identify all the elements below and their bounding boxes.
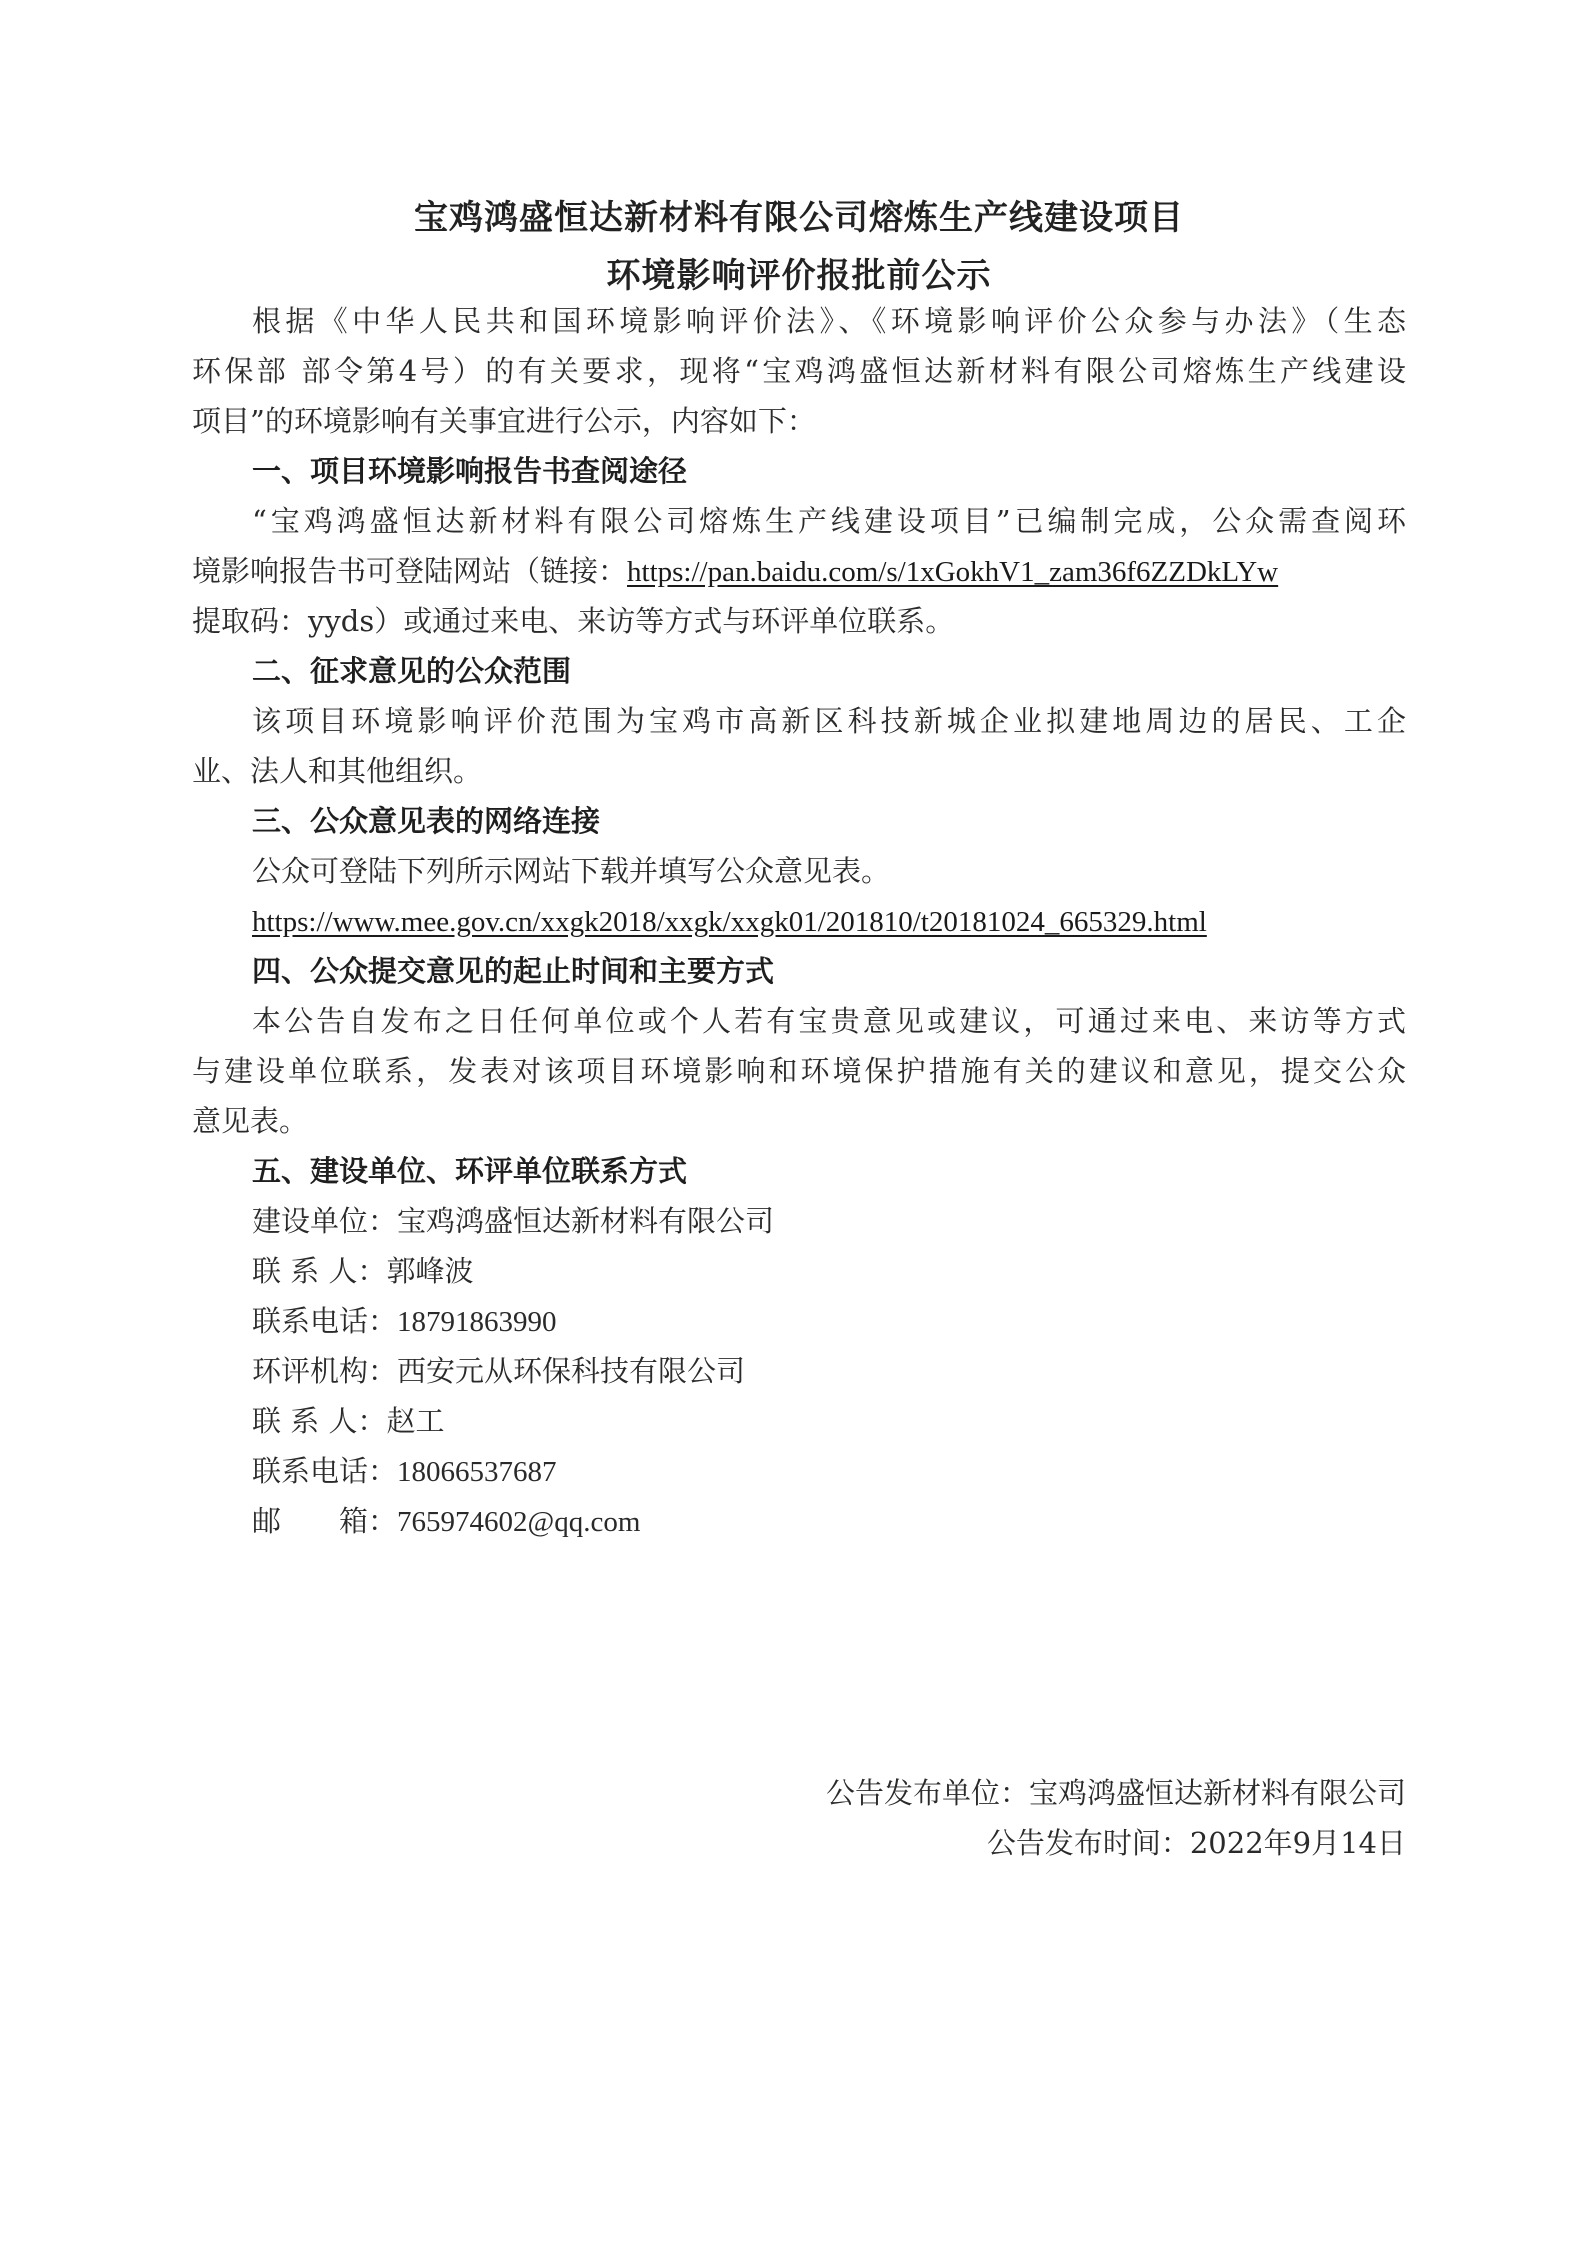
footer-date: 公告发布时间：2022年9月14日 <box>192 1825 1406 1861</box>
contact-row-builder: 建设单位：宝鸡鸿盛恒达新材料有限公司 <box>252 1203 1406 1239</box>
section-2-line-2: 业、法人和其他组织。 <box>192 753 1406 789</box>
document-title-line2: 环境影响评价报批前公示 <box>192 248 1406 297</box>
section-4-line-2: 与建设单位联系，发表对该项目环境影响和环境保护措施有关的建议和意见，提交公众 <box>192 1053 1406 1089</box>
contact-row-eia-person: 联 系 人：赵工 <box>252 1403 1406 1439</box>
section-1-line-3: 提取码：yyds）或通过来电、来访等方式与环评单位联系。 <box>192 603 1406 639</box>
contact-row-eia-agency: 环评机构：西安元从环保科技有限公司 <box>252 1353 1406 1389</box>
contact-row-builder-person: 联 系 人：郭峰波 <box>252 1253 1406 1289</box>
footer-publisher: 公告发布单位：宝鸡鸿盛恒达新材料有限公司 <box>192 1775 1406 1811</box>
section-4-line-1: 本公告自发布之日任何单位或个人若有宝贵意见或建议，可通过来电、来访等方式 <box>252 1003 1406 1039</box>
contact-label: 联系电话： <box>252 1304 397 1338</box>
section-1-line-2-prefix: 境影响报告书可登陆网站（链接： <box>192 554 627 588</box>
section-4-heading: 四、公众提交意见的起止时间和主要方式 <box>252 953 1406 989</box>
report-download-link[interactable]: https://pan.baidu.com/s/1xGokhV1_zam36f6… <box>627 556 1278 588</box>
contact-label: 环评机构： <box>252 1354 397 1388</box>
contact-value: 郭峰波 <box>386 1254 473 1288</box>
contact-label: 联 系 人： <box>252 1404 386 1438</box>
section-1-line-1: “宝鸡鸿盛恒达新材料有限公司熔炼生产线建设项目”已编制完成，公众需查阅环 <box>252 503 1406 539</box>
contact-value: 赵工 <box>386 1404 444 1438</box>
section-3-line-1: 公众可登陆下列所示网站下载并填写公众意见表。 <box>252 853 1406 889</box>
section-5-heading: 五、建设单位、环评单位联系方式 <box>252 1153 1406 1189</box>
contact-value: 宝鸡鸿盛恒达新材料有限公司 <box>397 1204 774 1238</box>
section-4-line-3: 意见表。 <box>192 1103 1406 1139</box>
intro-line-1: 根据《中华人民共和国环境影响评价法》、《环境影响评价公众参与办法》（生态 <box>252 303 1406 339</box>
contact-label: 联系电话： <box>252 1454 397 1488</box>
contact-value: 18791863990 <box>397 1306 557 1338</box>
section-1-line-2: 境影响报告书可登陆网站（链接：https://pan.baidu.com/s/1… <box>192 553 1406 590</box>
section-2-line-1: 该项目环境影响评价范围为宝鸡市高新区科技新城企业拟建地周边的居民、工企 <box>252 703 1406 739</box>
contact-label: 联 系 人： <box>252 1254 386 1288</box>
intro-line-2: 环保部 部令第4号）的有关要求，现将“宝鸡鸿盛恒达新材料有限公司熔炼生产线建设 <box>192 353 1406 389</box>
contact-value: 765974602@qq.com <box>397 1506 640 1538</box>
document-title-line1: 宝鸡鸿盛恒达新材料有限公司熔炼生产线建设项目 <box>192 190 1406 239</box>
opinion-form-link[interactable]: https://www.mee.gov.cn/xxgk2018/xxgk/xxg… <box>252 906 1207 938</box>
section-3-heading: 三、公众意见表的网络连接 <box>252 803 1406 839</box>
contact-value: 18066537687 <box>397 1456 557 1488</box>
contact-value: 西安元从环保科技有限公司 <box>397 1354 745 1388</box>
contact-label: 建设单位： <box>252 1204 397 1238</box>
section-2-heading: 二、征求意见的公众范围 <box>252 653 1406 689</box>
section-3-link-line: https://www.mee.gov.cn/xxgk2018/xxgk/xxg… <box>252 903 1406 940</box>
contact-row-eia-phone: 联系电话：18066537687 <box>252 1453 1406 1490</box>
contact-row-builder-phone: 联系电话：18791863990 <box>252 1303 1406 1340</box>
section-1-heading: 一、项目环境影响报告书查阅途径 <box>252 453 1406 489</box>
contact-row-email: 邮 箱：765974602@qq.com <box>252 1503 1406 1540</box>
contact-label: 邮 箱： <box>252 1504 397 1538</box>
intro-line-3: 项目”的环境影响有关事宜进行公示，内容如下： <box>192 403 1406 439</box>
